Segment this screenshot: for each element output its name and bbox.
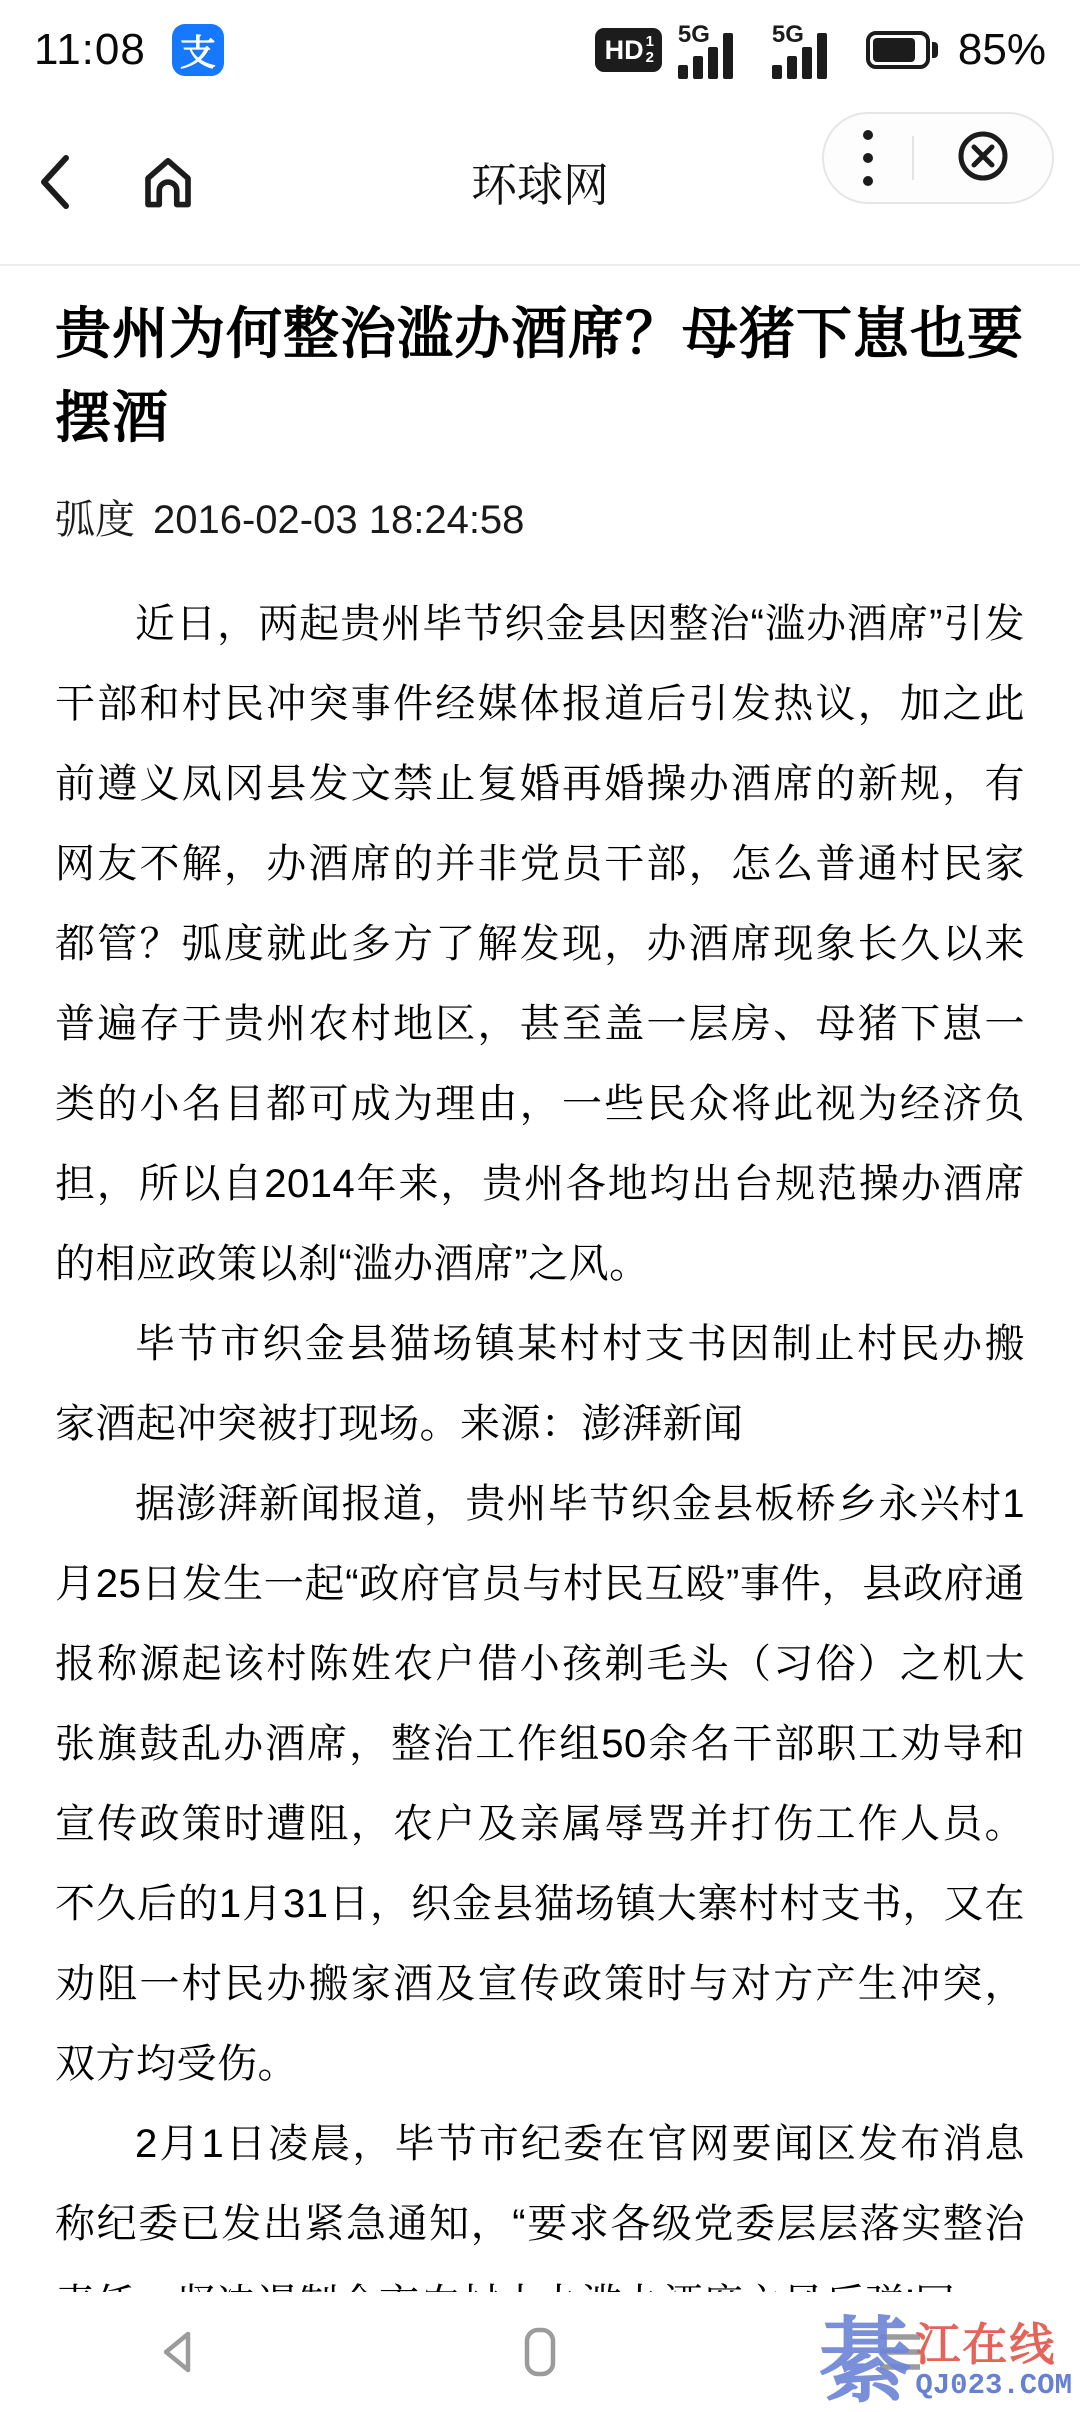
- phone-screen: 11:08 支 HD 1 2 5G 5G: [0, 0, 1080, 2412]
- home-pill-icon: [512, 2324, 568, 2380]
- signal-bars-sim2: [772, 33, 827, 79]
- alipay-notification-icon: 支: [172, 24, 224, 76]
- system-home-button[interactable]: [360, 2324, 720, 2380]
- article-paragraph: 据澎湃新闻报道，贵州毕节织金县板桥乡永兴村1月25日发生一起“政府官员与村民互殴…: [55, 1464, 1025, 2104]
- article-byline: 弧度 2016-02-03 18:24:58: [55, 496, 1025, 544]
- article-publish-time: 2016-02-03 18:24:58: [153, 496, 524, 544]
- browser-nav-bar: 环球网: [0, 100, 1080, 266]
- alipay-glyph: 支: [180, 25, 216, 76]
- back-button[interactable]: [30, 150, 86, 214]
- hd-sim1-label: 1: [646, 34, 654, 50]
- volte-hd-icon: HD 1 2: [595, 28, 662, 72]
- article-body: 近日，两起贵州毕节织金县因整治“滥办酒席”引发干部和村民冲突事件经媒体报道后引发…: [55, 584, 1025, 2344]
- system-back-button[interactable]: [0, 2324, 360, 2380]
- battery-icon: [866, 31, 938, 69]
- chevron-left-icon: [30, 150, 86, 214]
- back-triangle-icon: [152, 2324, 208, 2380]
- clock: 11:08: [34, 25, 146, 75]
- home-button[interactable]: [138, 152, 198, 212]
- battery-percent-label: 85%: [958, 25, 1046, 75]
- system-nav-bar: [0, 2292, 1080, 2412]
- capsule-divider: [912, 136, 914, 180]
- article-title: 贵州为何整治滥办酒席？母猪下崽也要摆酒: [55, 292, 1025, 460]
- signal-bars-sim1: [678, 33, 733, 79]
- article-paragraph: 近日，两起贵州毕节织金县因整治“滥办酒席”引发干部和村民冲突事件经媒体报道后引发…: [55, 584, 1025, 1304]
- hd-label: HD: [605, 35, 644, 66]
- recents-lines-icon: [872, 2324, 928, 2380]
- close-circle-icon: [953, 126, 1013, 186]
- close-button[interactable]: [953, 126, 1013, 191]
- system-recents-button[interactable]: [720, 2324, 1080, 2380]
- more-menu-button[interactable]: [863, 130, 873, 186]
- hd-sim2-label: 2: [646, 50, 654, 66]
- signal-strength-icon-sim1: 5G: [678, 21, 756, 79]
- article-content: 贵州为何整治滥办酒席？母猪下崽也要摆酒 弧度 2016-02-03 18:24:…: [0, 292, 1080, 2344]
- article-paragraph: 毕节市织金县猫场镇某村村支书因制止村民办搬家酒起冲突被打现场。来源：澎湃新闻: [55, 1304, 1025, 1464]
- article-author: 弧度: [55, 496, 135, 544]
- status-bar: 11:08 支 HD 1 2 5G 5G: [0, 0, 1080, 100]
- signal-strength-icon-sim2: 5G: [772, 21, 850, 79]
- home-icon: [138, 152, 198, 212]
- browser-capsule: [822, 112, 1054, 204]
